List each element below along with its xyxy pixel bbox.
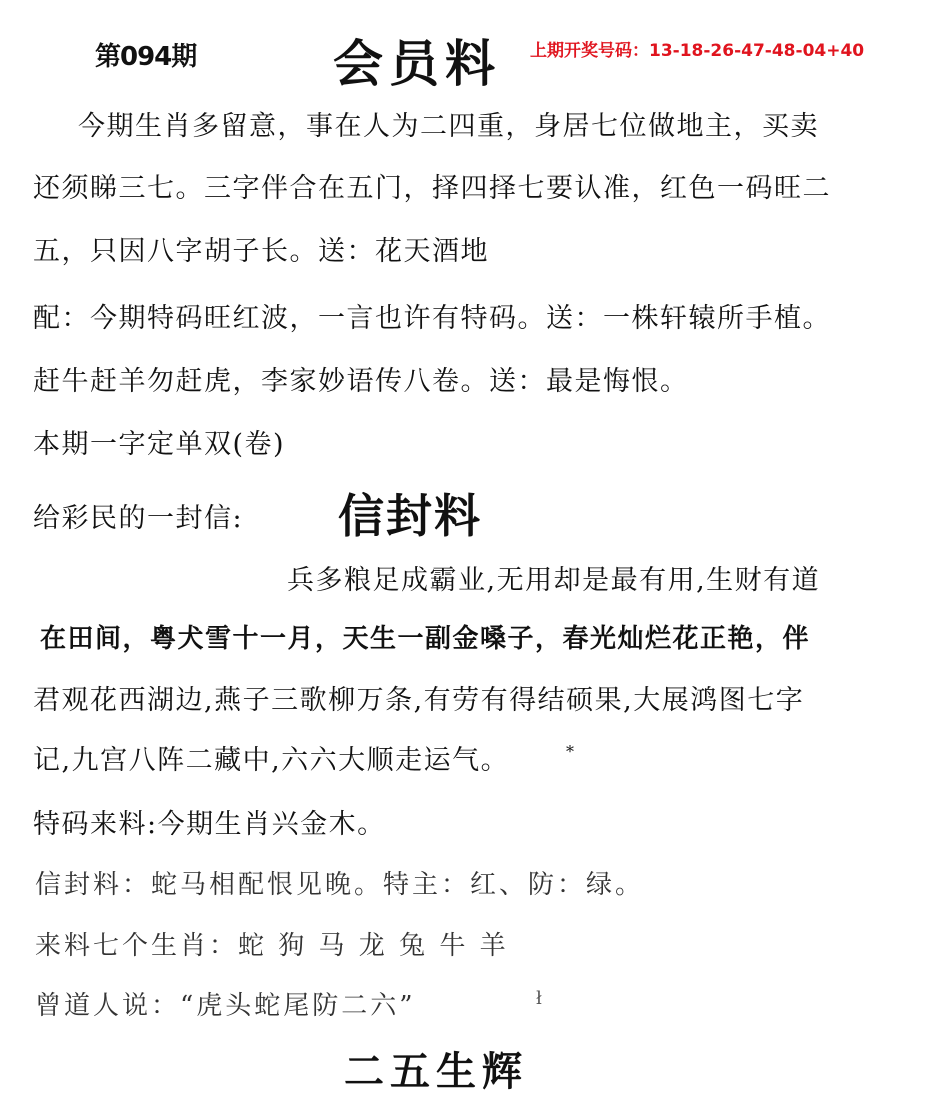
- letter-intro: 给彩民的一封信:: [33, 496, 243, 535]
- taoist-saying-note: 曾道人说：“虎头蛇尾防二六”: [35, 985, 416, 1022]
- poem-line-3: 五，只因八字胡子长。送：花天酒地: [33, 229, 489, 268]
- issue-number: 第094期: [95, 36, 196, 73]
- asterisk-mark: *: [566, 742, 574, 761]
- envelope-note: 信封料：蛇马相配恨见晚。特主：红、防：绿。: [35, 864, 644, 901]
- stray-mark: ł: [536, 988, 542, 1009]
- footer-title: 二五生辉: [344, 1040, 528, 1097]
- poem-line-1: 今期生肖多留意，事在人为二四重，身居七位做地主，买卖: [78, 104, 819, 143]
- poem-line-4: 配：今期特码旺红波，一言也许有特码。送：一株轩辕所手植。: [33, 296, 831, 335]
- letter-line-1: 兵多粮足成霸业,无用却是最有用,生财有道: [287, 558, 820, 597]
- page-title: 会员料: [333, 24, 501, 96]
- seven-zodiacs-note: 来料七个生肖：蛇 狗 马 龙 兔 牛 羊: [35, 925, 509, 962]
- poem-line-2: 还须睇三七。三字伴合在五门，择四择七要认准，红色一码旺二: [33, 166, 831, 205]
- poem-line-5: 赶牛赶羊勿赶虎，李家妙语传八卷。送：最是悔恨。: [33, 359, 689, 398]
- poem-line-6: 本期一字定单双(卷): [33, 422, 285, 461]
- last-draw-numbers: 上期开奖号码：13-18-26-47-48-04+40: [530, 36, 864, 61]
- special-source-note: 特码来料:今期生肖兴金木。: [33, 802, 386, 841]
- letter-heading: 信封料: [338, 480, 482, 546]
- letter-line-4: 记,九宫八阵二藏中,六六大顺走运气。: [33, 738, 509, 777]
- letter-line-2: 在田间，粤犬雪十一月，天生一副金嗓子，春光灿烂花正艳，伴: [40, 618, 810, 655]
- letter-line-3: 君观花西湖边,燕子三歌柳万条,有劳有得结硕果,大展鸿图七字: [33, 678, 804, 717]
